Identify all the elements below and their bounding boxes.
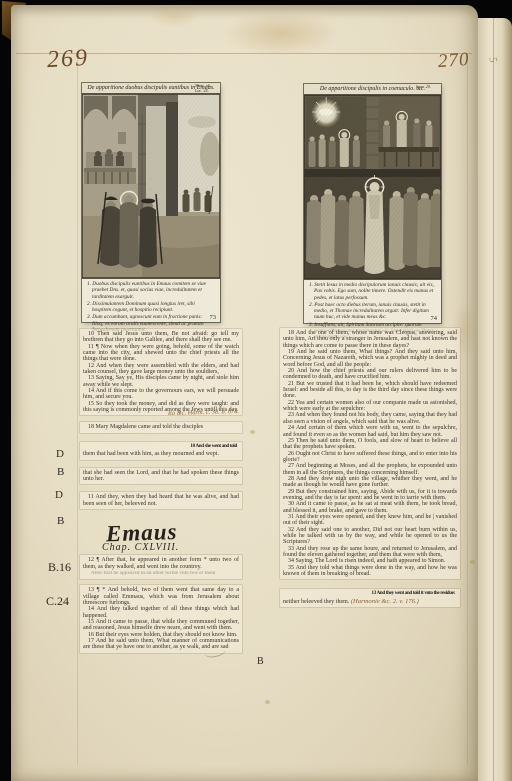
luke-verses-right: 18 And the one of them, whose name was C… [283, 330, 457, 577]
verse-paragraph: 26 Ought not Christ to have suffered the… [283, 451, 457, 464]
pasted-text-block-matthew: 10 Then said Jesus unto them, Be not afr… [80, 329, 242, 415]
legend-line: 1. Duobus discipulis euntibus in Emaus c… [86, 281, 215, 300]
verse-paragraph: 24 And certain of them which were with u… [283, 425, 457, 438]
luke-verses-left: 13 ¶ * And behold, two of them went that… [83, 587, 239, 650]
verse-paragraph: 35 And they told what things were done i… [283, 565, 457, 578]
plate-number: 73 [210, 314, 217, 321]
legend-line: 1. Stetit Iesus in medio discipulorum ia… [308, 282, 436, 301]
blackletter-fragment: 10 And she went and told [83, 444, 237, 450]
verse-paragraph: 14 And if this come to the governours ea… [83, 388, 239, 401]
verse-paragraph: 13 ¶ * And behold, two of them went that… [83, 587, 239, 606]
handwritten-annotation: (Harmonie &c. 2. v. 176.) [351, 598, 419, 605]
faded-blackletter-line: After that he appeared in an other forme… [83, 571, 239, 577]
verse-fragment: 18 Mary Magdalene came and told the disc… [83, 424, 239, 430]
folio-number-right: 270 [437, 49, 470, 73]
verse-fragment: 11 And they, when they had heard that he… [83, 494, 239, 507]
margin-letter-right-column: B [257, 656, 264, 667]
verse-paragraph: 13 Saying, Say ye, His disciples came by… [83, 375, 239, 388]
caption-scripture-ref: Marc. vlt. Luc. 24. [195, 83, 219, 93]
foxing-spot [250, 430, 255, 434]
pasted-text-block-mark: 12 ¶ After that, he appeared in another … [80, 555, 242, 579]
text-column-right: 18 And the one of them, whose name was C… [280, 328, 460, 607]
verse-paragraph: 18 And the one of them, whose name was C… [283, 330, 457, 349]
engraving-image-cenacle [304, 95, 441, 280]
verse-paragraph: 20 And how the chief priests and our rul… [283, 368, 457, 381]
engraving-caption-emmaus: De apparitione duobus discipulis euntibu… [82, 83, 220, 94]
verse-paragraph: 12 And when they were assembled with the… [83, 363, 239, 376]
next-page-faint-folio: 5 [486, 56, 499, 64]
margin-letter: B [57, 515, 64, 527]
verse-paragraph: 33 And they rose up the same houre, and … [283, 546, 457, 559]
verse-paragraph: 32 And they said one to another, Did not… [283, 527, 457, 546]
verse-paragraph: 12 ¶ After that, he appeared in another … [83, 557, 239, 570]
verse-paragraph: 23 And when they found not his body, the… [283, 412, 457, 425]
page-edge-line [493, 18, 494, 781]
verse-paragraph: 30 And it came to passe, as he sat at me… [283, 501, 457, 514]
verse-paragraph: 14 And they talked together of all these… [83, 606, 239, 619]
book-scan-scene: 5 269 270 De apparitione duobus discipul… [0, 0, 512, 781]
verse-paragraph: 11 ¶ Now when they were going, behold, s… [83, 344, 239, 363]
verse-paragraph: 21 But we trusted that it had been he, w… [283, 381, 457, 400]
legend-line: 2. Post haec octo diebus iterum, ianuis … [308, 302, 436, 321]
verse-paragraph: 31 And their eyes were opened, and they … [283, 514, 457, 527]
legend-line: 2. Dissimulantem Dominum quasi longius i… [86, 301, 215, 314]
margin-letter: B.16 [48, 560, 71, 575]
text-column-left: 10 Then said Jesus unto them, Be not afr… [80, 329, 242, 653]
handwritten-annotation: Ita &c. Harm. c. 38. b. 074. [168, 409, 239, 417]
pasted-text-fragment-final: 13 And they went and told it vnto the re… [280, 589, 460, 607]
foxing-spot [265, 700, 270, 704]
pasted-text-fragment: 11 And they, when they had heard that he… [80, 492, 242, 509]
verse-paragraph: 29 But they constrained him, saying, Abi… [283, 489, 457, 502]
ruled-margin-line-right [467, 53, 468, 765]
verse-fragment: that she had seen the Lord, and that he … [83, 470, 239, 483]
pasted-text-block-luke-right: 18 And the one of them, whose name was C… [280, 328, 460, 579]
pasted-text-fragment: 10 And she went and told them that had b… [80, 442, 242, 460]
verse-paragraph: 15 And it came to passe, that while they… [83, 619, 239, 632]
folio-number-left: 269 [46, 45, 89, 74]
verse-fragment: them that had been with him, as they mou… [83, 451, 239, 457]
margin-letter: C.24 [46, 594, 69, 609]
verse-paragraph: 10 Then said Jesus unto them, Be not afr… [83, 331, 239, 344]
margin-letter: D [55, 489, 63, 501]
pasted-text-fragment: 18 Mary Magdalene came and told the disc… [80, 422, 242, 432]
verse-paragraph: 27 And beginning at Moses, and all the p… [283, 463, 457, 476]
plate-number: 74 [431, 315, 438, 322]
next-page-fore-edge: 5 [476, 18, 512, 781]
chapter-heading-number: Chap. CXLVIII. [102, 545, 242, 551]
engraving-image-emmaus [82, 94, 220, 279]
cenacle-scene-drawing [304, 95, 441, 279]
engraving-legend-emmaus: 1. Duobus discipulis euntibus in Emaus c… [82, 279, 220, 335]
verse-paragraph: 19 And he said unto them, What things? A… [283, 349, 457, 368]
pasted-text-fragment: that she had seen the Lord, and that he … [80, 468, 242, 485]
verse-fragment: neither beleeved they them. [283, 599, 349, 605]
caption-scripture-ref: Ioan. 20. [416, 84, 440, 89]
verse-paragraph: 22 Yea and certain women also of our com… [283, 400, 457, 413]
matthew-verses: 10 Then said Jesus unto them, Be not afr… [83, 331, 239, 413]
caption-text: De apparitione discipulis in coenaculo. … [320, 86, 425, 92]
engraving-caption-cenacle: De apparitione discipulis in coenaculo. … [304, 84, 441, 95]
margin-letter: B [57, 466, 64, 478]
pasted-text-block-luke: 13 ¶ * And behold, two of them went that… [80, 585, 242, 652]
verse-paragraph: 25 Then he said unto them, O fools, and … [283, 438, 457, 451]
engraving-plate-emmaus: De apparitione duobus discipulis euntibu… [82, 83, 220, 322]
ruled-margin-line-left [77, 53, 78, 765]
margin-letter: D [56, 448, 64, 460]
emmaus-scene-drawing [82, 94, 220, 278]
verse-paragraph: 34 Saying, The Lord is risen indeed, and… [283, 558, 457, 564]
chapter-heading-title: Emaus [106, 518, 243, 547]
foxing-spot [470, 560, 475, 564]
verse-paragraph: 28 And they drew nigh unto the village, … [283, 476, 457, 489]
engraving-plate-cenacle: De apparitione discipulis in coenaculo. … [304, 84, 441, 323]
